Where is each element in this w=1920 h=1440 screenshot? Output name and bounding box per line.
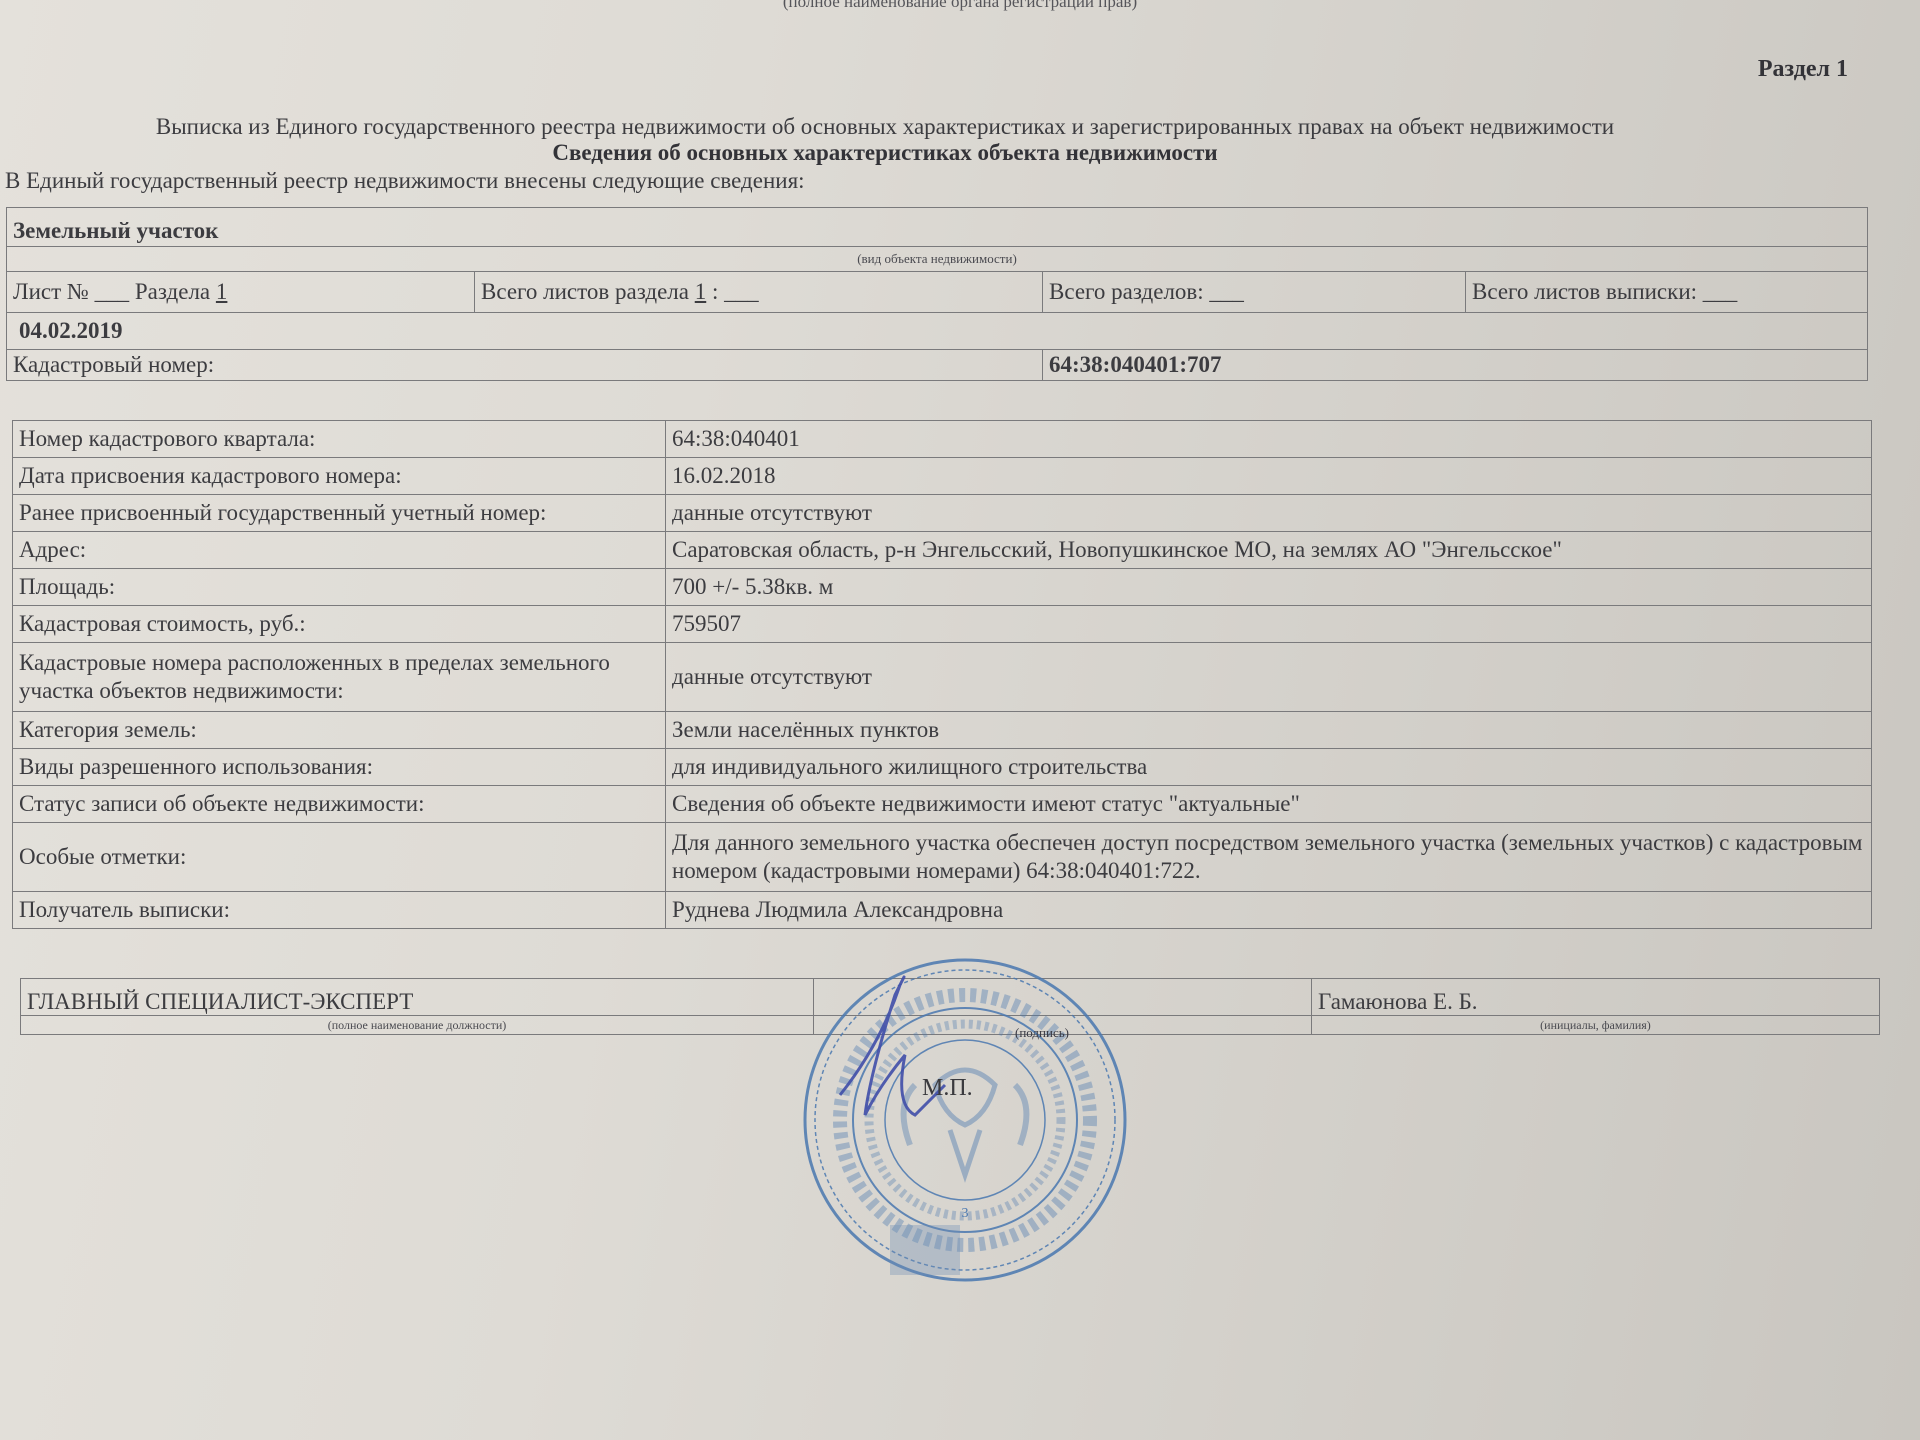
- detail-row: Кадастровая стоимость, руб.:759507: [13, 606, 1872, 643]
- detail-row: Номер кадастрового квартала:64:38:040401: [13, 421, 1872, 458]
- total-sections: Всего разделов: ___: [1043, 272, 1466, 313]
- detail-row: Получатель выписки:Руднева Людмила Алекс…: [13, 892, 1872, 929]
- detail-row: Категория земель:Земли населённых пункто…: [13, 712, 1872, 749]
- detail-label: Кадастровая стоимость, руб.:: [13, 606, 666, 643]
- detail-label: Особые отметки:: [13, 823, 666, 892]
- seal-place-label: М.П.: [922, 1075, 973, 1102]
- section-sheets: Всего листов раздела 1 : ___: [475, 272, 1043, 313]
- detail-row: Кадастровые номера расположенных в преде…: [13, 643, 1872, 712]
- detail-label: Кадастровые номера расположенных в преде…: [13, 643, 666, 712]
- sheet-section-value: 1: [216, 279, 228, 304]
- detail-value: для индивидуального жилищного строительс…: [666, 749, 1872, 786]
- signature-hint: (подпись): [1015, 1025, 1069, 1041]
- object-type-hint: (вид объекта недвижимости): [7, 247, 1868, 272]
- document-subtitle: Сведения об основных характеристиках объ…: [0, 140, 1770, 166]
- detail-value: 700 +/- 5.38кв. м: [666, 569, 1872, 606]
- official-position: ГЛАВНЫЙ СПЕЦИАЛИСТ-ЭКСПЕРТ: [21, 979, 814, 1016]
- sheet-number: Лист № ___ Раздела 1: [7, 272, 475, 313]
- sheet-number-label: Лист № ___ Раздела: [13, 279, 216, 304]
- object-type: Земельный участок: [7, 208, 1868, 247]
- official-seal-icon: 3: [800, 955, 1130, 1285]
- detail-value: данные отсутствуют: [666, 643, 1872, 712]
- cadastral-number: 64:38:040401:707: [1043, 350, 1868, 381]
- detail-label: Виды разрешенного использования:: [13, 749, 666, 786]
- position-hint: (полное наименование должности): [21, 1016, 814, 1035]
- detail-row: Статус записи об объекте недвижимости:Св…: [13, 786, 1872, 823]
- detail-value: 64:38:040401: [666, 421, 1872, 458]
- detail-label: Дата присвоения кадастрового номера:: [13, 458, 666, 495]
- details-table: Номер кадастрового квартала:64:38:040401…: [12, 420, 1872, 929]
- detail-value: Земли населённых пунктов: [666, 712, 1872, 749]
- detail-value: 759507: [666, 606, 1872, 643]
- section-sheets-suffix: : ___: [706, 279, 758, 304]
- detail-value: данные отсутствуют: [666, 495, 1872, 532]
- document-title: Выписка из Единого государственного реес…: [0, 114, 1770, 140]
- detail-label: Статус записи об объекте недвижимости:: [13, 786, 666, 823]
- detail-label: Категория земель:: [13, 712, 666, 749]
- name-hint: (инициалы, фамилия): [1312, 1016, 1880, 1035]
- summary-table: Земельный участок (вид объекта недвижимо…: [6, 207, 1868, 381]
- detail-row: Ранее присвоенный государственный учетны…: [13, 495, 1872, 532]
- detail-row: Адрес:Саратовская область, р-н Энгельсск…: [13, 532, 1872, 569]
- detail-row: Площадь:700 +/- 5.38кв. м: [13, 569, 1872, 606]
- section-sheets-num: 1: [695, 279, 707, 304]
- detail-label: Номер кадастрового квартала:: [13, 421, 666, 458]
- authority-caption: (полное наименование органа регистрации …: [0, 0, 1920, 12]
- detail-label: Ранее присвоенный государственный учетны…: [13, 495, 666, 532]
- detail-label: Площадь:: [13, 569, 666, 606]
- detail-value: Сведения об объекте недвижимости имеют с…: [666, 786, 1872, 823]
- detail-value: Руднева Людмила Александровна: [666, 892, 1872, 929]
- seal-number: 3: [962, 1206, 969, 1221]
- detail-row: Дата присвоения кадастрового номера:16.0…: [13, 458, 1872, 495]
- official-name: Гамаюнова Е. Б.: [1312, 979, 1880, 1016]
- detail-value: 16.02.2018: [666, 458, 1872, 495]
- section-sheets-label: Всего листов раздела: [481, 279, 695, 304]
- cadastral-number-label: Кадастровый номер:: [7, 350, 1043, 381]
- detail-row: Особые отметки:Для данного земельного уч…: [13, 823, 1872, 892]
- detail-label: Получатель выписки:: [13, 892, 666, 929]
- detail-row: Виды разрешенного использования:для инди…: [13, 749, 1872, 786]
- total-sheets: Всего листов выписки: ___: [1466, 272, 1868, 313]
- detail-value: Саратовская область, р-н Энгельсский, Но…: [666, 532, 1872, 569]
- extract-date: 04.02.2019: [7, 313, 1868, 350]
- detail-value: Для данного земельного участка обеспечен…: [666, 823, 1872, 892]
- intro-text: В Единый государственный реестр недвижим…: [5, 168, 805, 194]
- detail-label: Адрес:: [13, 532, 666, 569]
- section-label: Раздел 1: [1758, 56, 1848, 83]
